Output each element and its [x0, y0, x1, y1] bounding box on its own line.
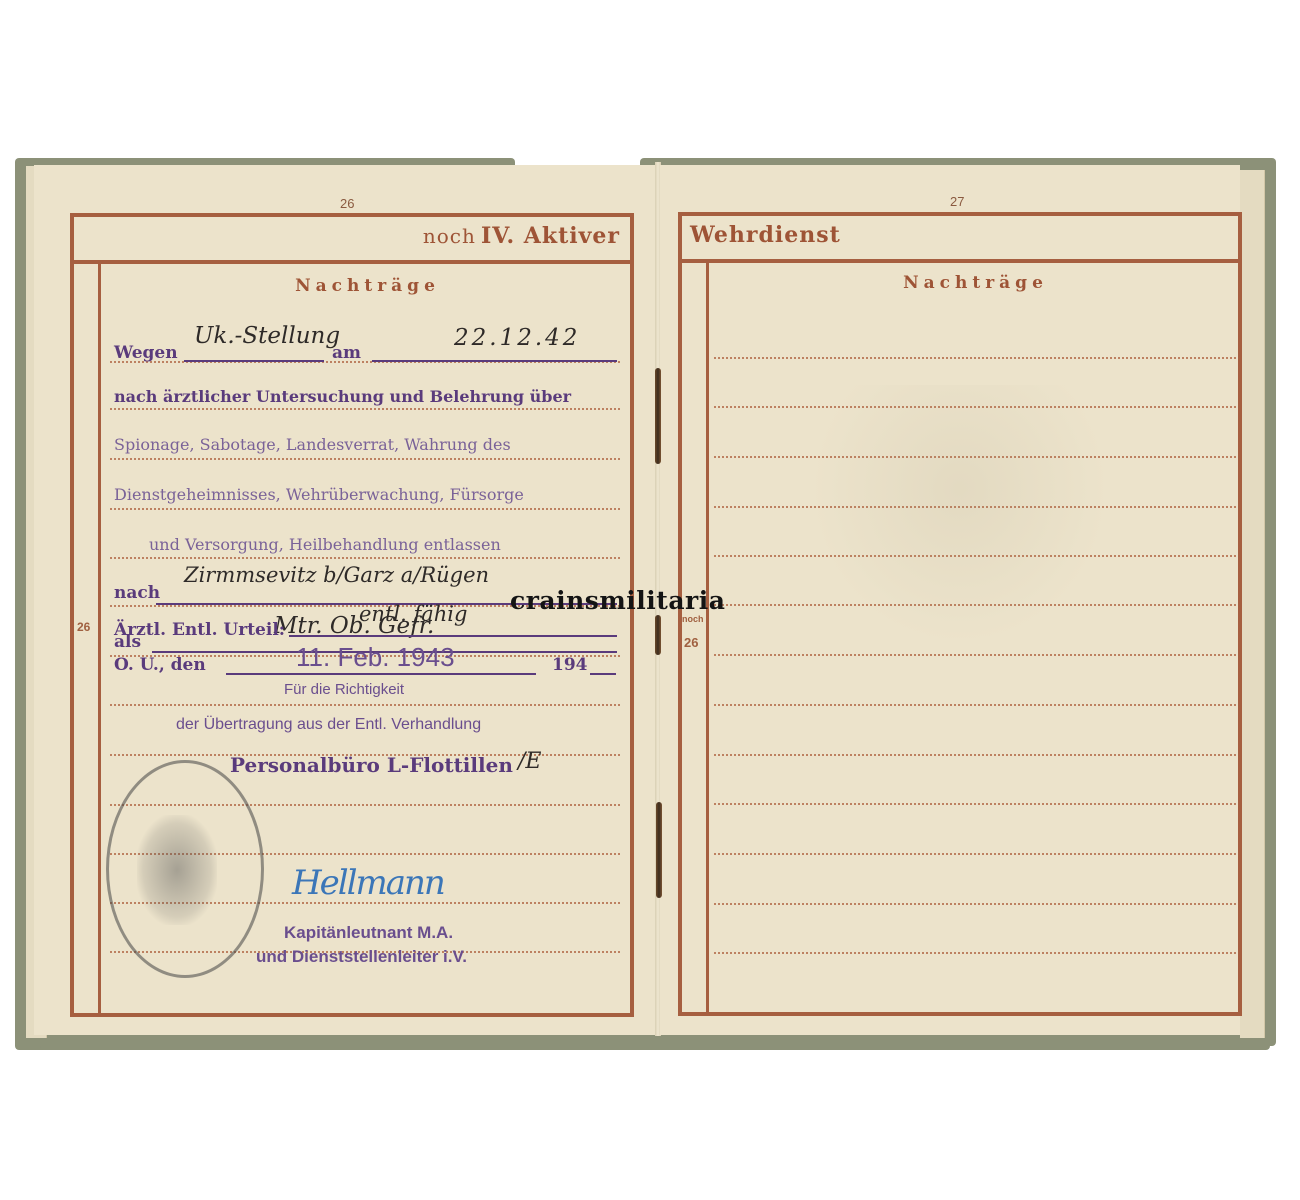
- wegen-underline: [184, 360, 324, 362]
- signature: Hellmann: [292, 863, 444, 903]
- am-label: am: [332, 343, 361, 363]
- page-number-left: 26: [340, 196, 354, 211]
- wegen-value: Uk.-Stellung: [194, 323, 340, 349]
- page-stack-right: [1240, 170, 1265, 1038]
- urteil-value: entl. fähig: [359, 602, 467, 626]
- ou-label: O. U., den: [114, 655, 206, 675]
- am-underline: [372, 360, 617, 362]
- header-divider: [678, 259, 1242, 263]
- margin-number: 26: [684, 635, 698, 650]
- year-underline: [590, 673, 616, 675]
- certification-line-2: der Übertragung aus der Entl. Verhandlun…: [176, 716, 481, 734]
- ou-date-stamp: 11. Feb. 1943: [296, 642, 455, 673]
- margin-column-rule: [706, 259, 709, 1016]
- section-title: Nachträge: [101, 276, 634, 296]
- form-line-2: nach ärztlicher Untersuchung und Belehru…: [114, 387, 571, 406]
- urteil-underline: [289, 635, 617, 637]
- official-seal: [106, 760, 264, 978]
- header-prefix: noch: [423, 224, 476, 248]
- header-divider: [70, 260, 634, 264]
- wegen-label: Wegen: [114, 343, 178, 363]
- paper-eagle-watermark-icon: [810, 385, 1110, 645]
- ou-underline: [226, 673, 536, 675]
- margin-prefix: noch: [682, 614, 704, 624]
- header-title: noch IV. Aktiver: [423, 223, 620, 249]
- ruled-line: [714, 903, 1236, 905]
- section-title: Nachträge: [709, 273, 1242, 293]
- binding-staple-bottom: [656, 802, 662, 898]
- ruled-line: [110, 704, 620, 706]
- ruled-line: [714, 704, 1236, 706]
- eagle-emblem-icon: [137, 815, 217, 925]
- right-page: 27 Wehrdienst Nachträge noch 26: [660, 165, 1240, 1035]
- year-prefix: 194: [552, 655, 588, 675]
- ruled-line: [110, 508, 620, 510]
- certification-line-1: Für die Richtigkeit: [284, 681, 404, 698]
- urteil-label: Ärztl. Entl. Urteil:: [114, 620, 285, 640]
- form-line-3: Spionage, Sabotage, Landesverrat, Wahrun…: [114, 435, 511, 454]
- page-number-right: 27: [950, 194, 964, 209]
- binding-staple-middle: [655, 615, 661, 655]
- form-line-4: Dienstgeheimnisses, Wehrüberwachung, Für…: [114, 485, 524, 504]
- ruled-line: [110, 408, 620, 410]
- ruled-line: [714, 357, 1236, 359]
- office-suffix: /E: [518, 749, 541, 774]
- nach-label: nach: [114, 583, 160, 603]
- ruled-line: [110, 458, 620, 460]
- header-section: IV. Aktiver: [481, 223, 620, 249]
- ruled-line: [714, 803, 1236, 805]
- ruled-line: [714, 754, 1236, 756]
- signatory-role: und Dienststellenleiter i.V.: [256, 947, 467, 967]
- ruled-line: [110, 557, 620, 559]
- header-title: Wehrdienst: [690, 222, 841, 248]
- am-value: 22.12.42: [454, 325, 580, 351]
- margin-column-rule: [98, 260, 101, 1017]
- ruled-line: [714, 853, 1236, 855]
- office-stamp: Personalbüro L-Flottillen: [230, 753, 513, 777]
- binding-staple-top: [655, 368, 661, 464]
- signatory-rank: Kapitänleutnant M.A.: [284, 923, 453, 943]
- margin-number: 26: [77, 620, 90, 634]
- ruled-line: [714, 952, 1236, 954]
- form-line-5: und Versorgung, Heilbehandlung entlassen: [149, 535, 501, 554]
- seller-watermark: crainsmilitaria: [510, 586, 725, 615]
- ruled-line: [714, 654, 1236, 656]
- nach-value: Zirmmsevitz b/Garz a/Rügen: [184, 563, 489, 587]
